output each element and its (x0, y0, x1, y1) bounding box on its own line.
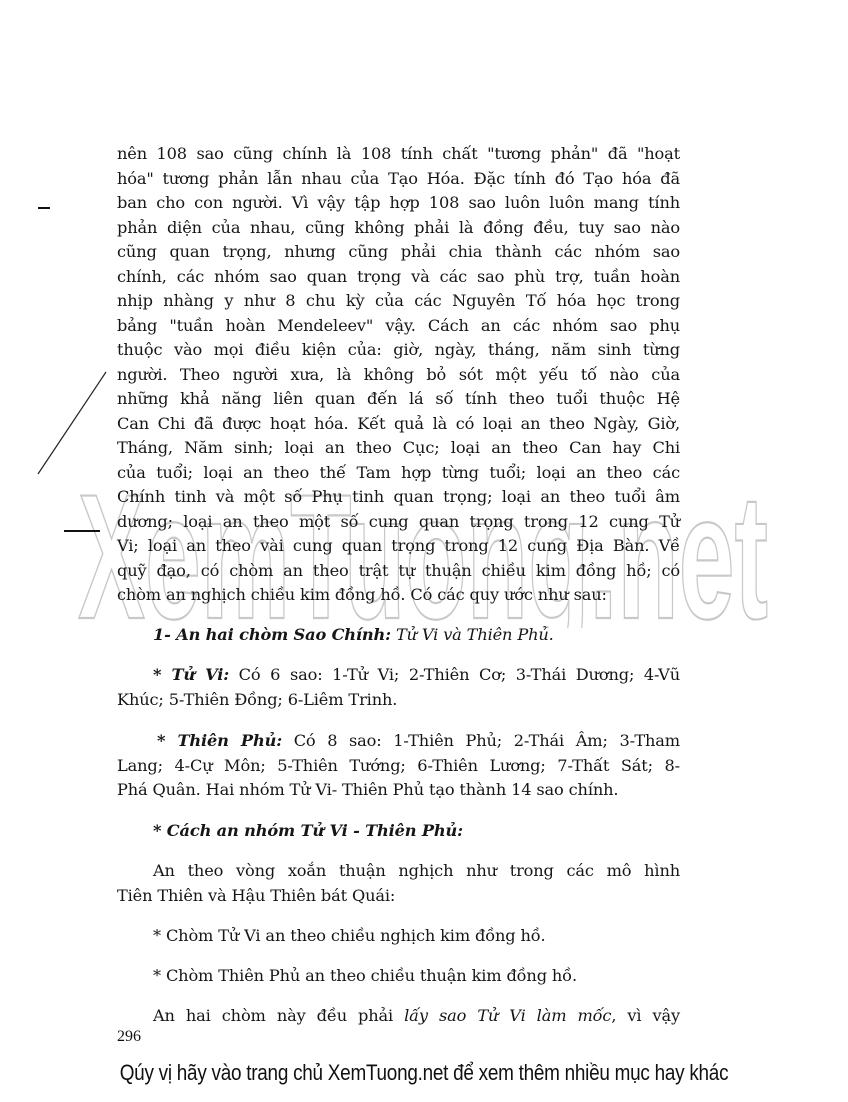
text-line: quỹ đạo, có chòm an theo trật tự thuận c… (117, 559, 680, 583)
tuvi-label: * Tử Vi: (153, 665, 229, 684)
text-line: cũng quan trọng, nhưng cũng phải chia th… (117, 240, 680, 264)
text-line: bảng "tuần hoàn Mendeleev" vậy. Cách an … (117, 314, 680, 338)
text-line: dương; loại an theo một số cung quan trọ… (117, 510, 680, 534)
margin-dash-mark (38, 207, 50, 209)
thienphu-paragraph-line: Phá Quân. Hai nhóm Tử Vi- Thiên Phủ tạo … (117, 778, 680, 802)
text-line: phản diện của nhau, cũng không phải là đ… (117, 216, 680, 240)
bullet-item: * Chòm Tử Vi an theo chiều nghịch kim đồ… (153, 924, 680, 948)
text-line: Chính tinh và một số Phụ tinh quan trọng… (117, 485, 680, 509)
bullet-item: * Chòm Thiên Phủ an theo chiều thuận kim… (153, 964, 680, 988)
text-line: người. Theo người xưa, là không bỏ sót m… (117, 363, 680, 387)
text-line: của tuổi; loại an theo thế Tam hợp từng … (117, 461, 680, 485)
text-line: nên 108 sao cũng chính là 108 tính chất … (117, 142, 680, 166)
text-line: hóa" tương phản lẫn nhau của Tạo Hóa. Đặ… (117, 167, 680, 191)
book-page: XemTuong.net nên 108 sao cũng chính là 1… (0, 0, 848, 1102)
text-line: chòm an nghịch chiều kim đồng hồ. Có các… (117, 583, 680, 607)
text-line: thuộc vào mọi điều kiện của: giờ, ngày, … (117, 338, 680, 362)
text-line: nhịp nhàng y như 8 chu kỳ của các Nguyên… (117, 289, 680, 313)
thienphu-paragraph-line: * Thiên Phủ: Có 8 sao: 1-Thiên Phủ; 2-Th… (157, 729, 680, 753)
text-line: Tháng, Năm sinh; loại an theo Cục; loại … (117, 436, 680, 460)
section-heading-bold: 1- An hai chòm Sao Chính: (153, 625, 391, 644)
footer-promo-text: Qúy vị hãy vào trang chủ XemTuong.net để… (59, 1060, 788, 1086)
section-heading-italic: Tử Vi và Thiên Phủ. (391, 625, 554, 644)
tuvi-paragraph-line: * Tử Vi: Có 6 sao: 1-Tử Vi; 2-Thiên Cơ; … (153, 663, 680, 687)
cach-an-paragraph-line: An theo vòng xoắn thuận nghịch như trong… (153, 859, 680, 883)
text-line: chính, các nhóm sao quan trọng và các sa… (117, 265, 680, 289)
text-line: An hai chòm này đều phải lấy sao Tử Vi l… (153, 1004, 680, 1028)
cach-an-paragraph-line: Tiên Thiên và Hậu Thiên bát Quái: (117, 884, 680, 908)
section-heading: 1- An hai chòm Sao Chính: Tử Vi và Thiên… (153, 623, 680, 647)
margin-diagonal-mark (36, 370, 108, 476)
thienphu-label: * Thiên Phủ: (157, 731, 282, 750)
page-number: 296 (117, 1028, 141, 1046)
text-line: những khả năng liên quan đến lá số tính … (117, 387, 680, 411)
text-line: Can Chi đã được hoạt hóa. Kết quả là có … (117, 412, 680, 436)
margin-line-mark (64, 530, 100, 532)
text-line: ban cho con người. Vì vậy tập hợp 108 sa… (117, 191, 680, 215)
tuvi-paragraph-line: Khúc; 5-Thiên Đồng; 6-Liêm Trinh. (117, 688, 680, 712)
cach-an-heading: * Cách an nhóm Tử Vi - Thiên Phủ: (153, 819, 680, 843)
thienphu-paragraph-line: Lang; 4-Cự Môn; 5-Thiên Tướng; 6-Thiên L… (117, 754, 680, 778)
text-line: Vi; loại an theo vài cung quan trọng tro… (117, 534, 680, 558)
